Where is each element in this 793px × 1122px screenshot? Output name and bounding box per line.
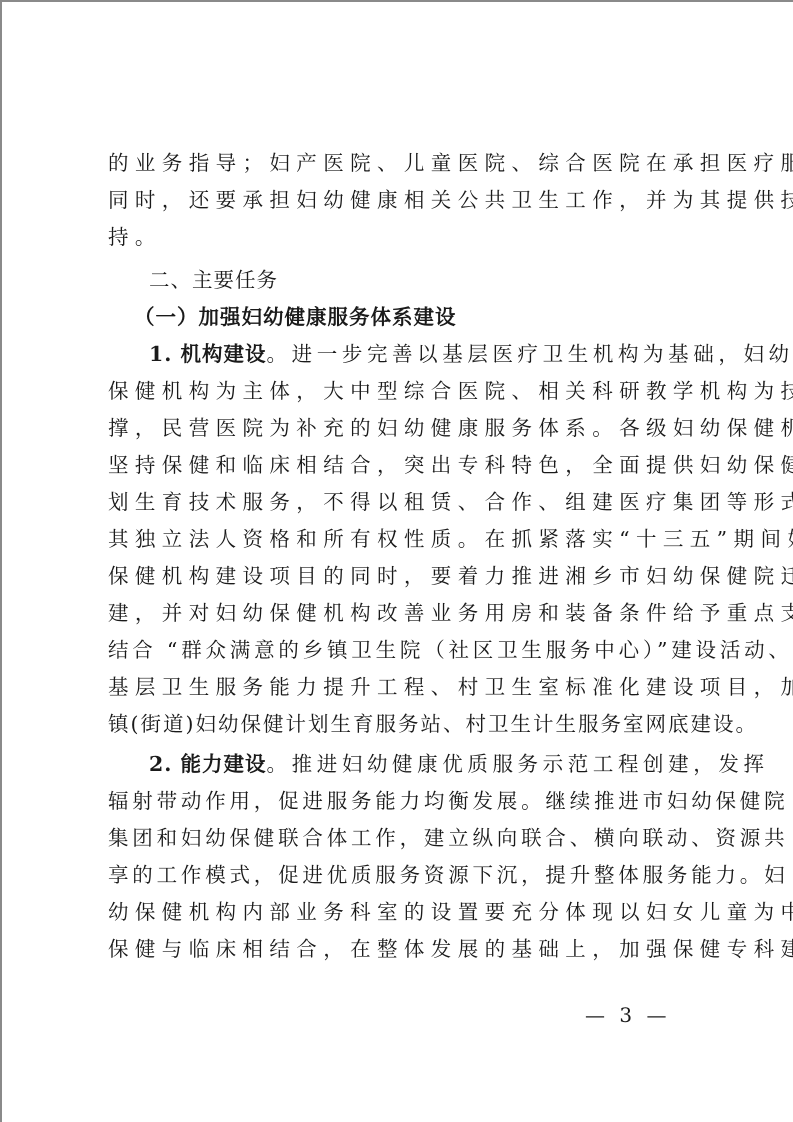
item-1-lead: 1. 机构建设 bbox=[149, 342, 267, 366]
page-border-top bbox=[0, 0, 793, 2]
item-2-lead: 2. 能力建设 bbox=[149, 752, 267, 776]
body-line: 镇(街道)妇幼保健计划生育服务站、村卫生计生服务室网底建设。 bbox=[108, 706, 688, 743]
item-1-first-line: 1. 机构建设。进一步完善以基层医疗卫生机构为基础，妇幼 bbox=[108, 336, 688, 373]
document-body: 的业务指导；妇产医院、儿童医院、综合医院在承担医疗服务的 同时，还要承担妇幼健康… bbox=[108, 145, 688, 968]
body-line: 保健机构为主体，大中型综合医院、相关科研教学机构为技术支 bbox=[108, 373, 688, 410]
body-line: 集团和妇幼保健联合体工作，建立纵向联合、横向联动、资源共 bbox=[108, 820, 688, 857]
body-line: 持。 bbox=[108, 219, 688, 256]
body-line: 辐射带动作用，促进服务能力均衡发展。继续推进市妇幼保健院 bbox=[108, 783, 688, 820]
body-line: 划生育技术服务，不得以租赁、合作、组建医疗集团等形式改变 bbox=[108, 484, 688, 521]
body-line: 幼保健机构内部业务科室的设置要充分体现以妇女儿童为中心， bbox=[108, 894, 688, 931]
body-line: 的业务指导；妇产医院、儿童医院、综合医院在承担医疗服务的 bbox=[108, 145, 688, 182]
subsection-heading: （一）加强妇幼健康服务体系建设 bbox=[108, 299, 688, 336]
body-line: 同时，还要承担妇幼健康相关公共卫生工作，并为其提供技术支 bbox=[108, 182, 688, 219]
section-heading: 二、主要任务 bbox=[108, 262, 688, 299]
body-line: 撑，民营医院为补充的妇幼健康服务体系。各级妇幼保健机构要 bbox=[108, 410, 688, 447]
body-line: 基层卫生服务能力提升工程、村卫生室标准化建设项目，加强乡 bbox=[108, 669, 688, 706]
page-number: — 3 — bbox=[585, 1003, 670, 1027]
body-line: 其独立法人资格和所有权性质。在抓紧落实“十三五”期间妇幼 bbox=[108, 521, 688, 558]
page-border-left bbox=[0, 0, 2, 1122]
item-1-first-line-text: 。进一步完善以基层医疗卫生机构为基础，妇幼 bbox=[267, 342, 793, 366]
body-line: 坚持保健和临床相结合，突出专科特色，全面提供妇幼保健和计 bbox=[108, 447, 688, 484]
body-line: 享的工作模式，促进优质服务资源下沉，提升整体服务能力。妇 bbox=[108, 857, 688, 894]
body-line: 结合 “群众满意的乡镇卫生院（社区卫生服务中心）”建设活动、 bbox=[108, 632, 688, 669]
item-2-first-line-text: 。推进妇幼健康优质服务示范工程创建，发挥 bbox=[267, 752, 769, 776]
body-line: 保健与临床相结合，在整体发展的基础上，加强保健专科建设， bbox=[108, 931, 688, 968]
body-line: 保健机构建设项目的同时，要着力推进湘乡市妇幼保健院迁址重 bbox=[108, 558, 688, 595]
item-2-first-line: 2. 能力建设。推进妇幼健康优质服务示范工程创建，发挥 bbox=[108, 746, 688, 783]
body-line: 建，并对妇幼保健机构改善业务用房和装备条件给予重点支持。 bbox=[108, 595, 688, 632]
